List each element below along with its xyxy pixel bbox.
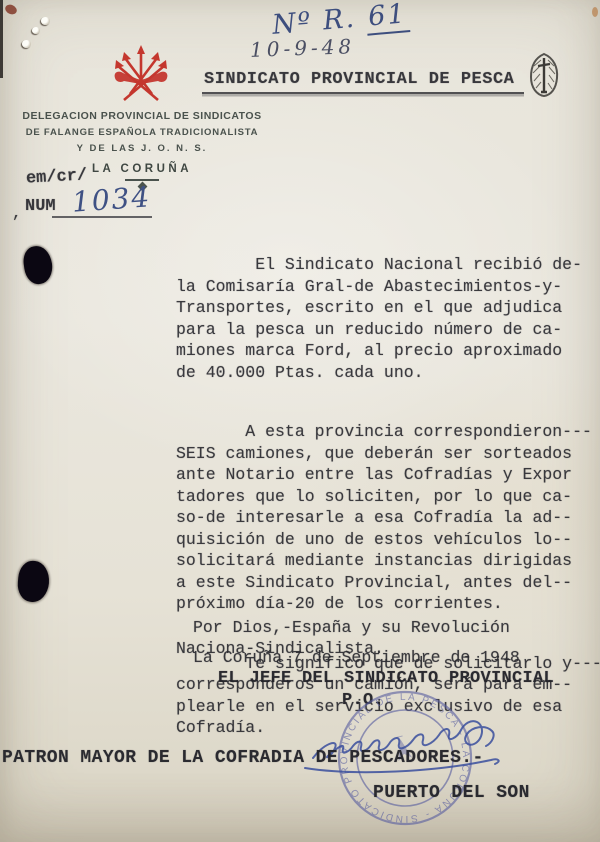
typed-line: miones marca Ford, al precio aproximado [176, 340, 600, 362]
staple-mark [32, 27, 40, 34]
num-label: NUM [25, 197, 56, 216]
handwritten-num-value: 1034 [71, 180, 152, 218]
typed-line: solicitará mediante instancias dirigidas [176, 550, 600, 572]
rust-spot [592, 7, 598, 17]
scan-edge-mark [0, 0, 3, 78]
typed-line: A esta provincia correspondieron--- [176, 421, 600, 443]
typed-line: próximo día-20 de los corrientes. [176, 593, 600, 615]
stray-comma: , [12, 204, 22, 222]
typed-line: la Comisaría Gral-de Abastecimientos-y- [176, 276, 600, 298]
guild-badge-icon [527, 52, 561, 98]
staple-mark [41, 17, 50, 25]
ref-number: 61 [365, 0, 410, 36]
paragraph-1: El Sindicato Nacional recibió de-la Comi… [176, 254, 600, 383]
ink-blot [16, 560, 50, 604]
letterhead-org-line1: DELEGACION PROVINCIAL DE SINDICATOS [8, 110, 276, 122]
typed-line: tadores que lo soliciten, por lo que ca- [176, 486, 600, 508]
typed-line: ante Notario entre las Cofradías y Expor [176, 464, 600, 486]
dateline: La Coruña 7 de Septiembre de 1948 [193, 648, 520, 667]
typed-line: El Sindicato Nacional recibió de- [176, 254, 600, 276]
typed-line: quisición de uno de estos vehículos lo-- [176, 529, 600, 551]
typed-line: de 40.000 Ptas. cada uno. [176, 362, 600, 384]
typed-line: para la pesca un reducido número de ca- [176, 319, 600, 341]
red-ink-spot [4, 3, 19, 16]
paragraph-2: A esta provincia correspondieron---SEIS … [176, 421, 600, 615]
ink-blot [21, 244, 54, 286]
addressee-place: PUERTO DEL SON [373, 783, 530, 803]
staple-mark [22, 40, 31, 48]
typed-line: Transportes, escrito en el que adjudica [176, 297, 600, 319]
handwritten-date: 10-9-48 [250, 34, 356, 62]
scanned-letter: Nº R. 61 10-9-48 SINDICATO PROVINCIAL DE… [0, 0, 600, 842]
document-title: SINDICATO PROVINCIAL DE PESCA [202, 70, 524, 94]
letterhead-org-line3: Y DE LAS J. O. N. S. [8, 143, 276, 154]
addressee-line: PATRON MAYOR DE LA COFRADIA DE PESCADORE… [2, 748, 484, 768]
falange-yoke-arrows-icon [112, 42, 170, 110]
typed-line: so-de interesarle a esa Cofradía la ad-- [176, 507, 600, 529]
closing-formula-line1: Por Dios,-España y su Revolución [193, 618, 510, 637]
letterhead-org-line2: DE FALANGE ESPAÑOLA TRADICIONALISTA [8, 127, 276, 138]
typed-line: SEIS camiones, que deberán ser sorteados [176, 443, 600, 465]
typed-line: a este Sindicato Provincial, antes del-- [176, 572, 600, 594]
